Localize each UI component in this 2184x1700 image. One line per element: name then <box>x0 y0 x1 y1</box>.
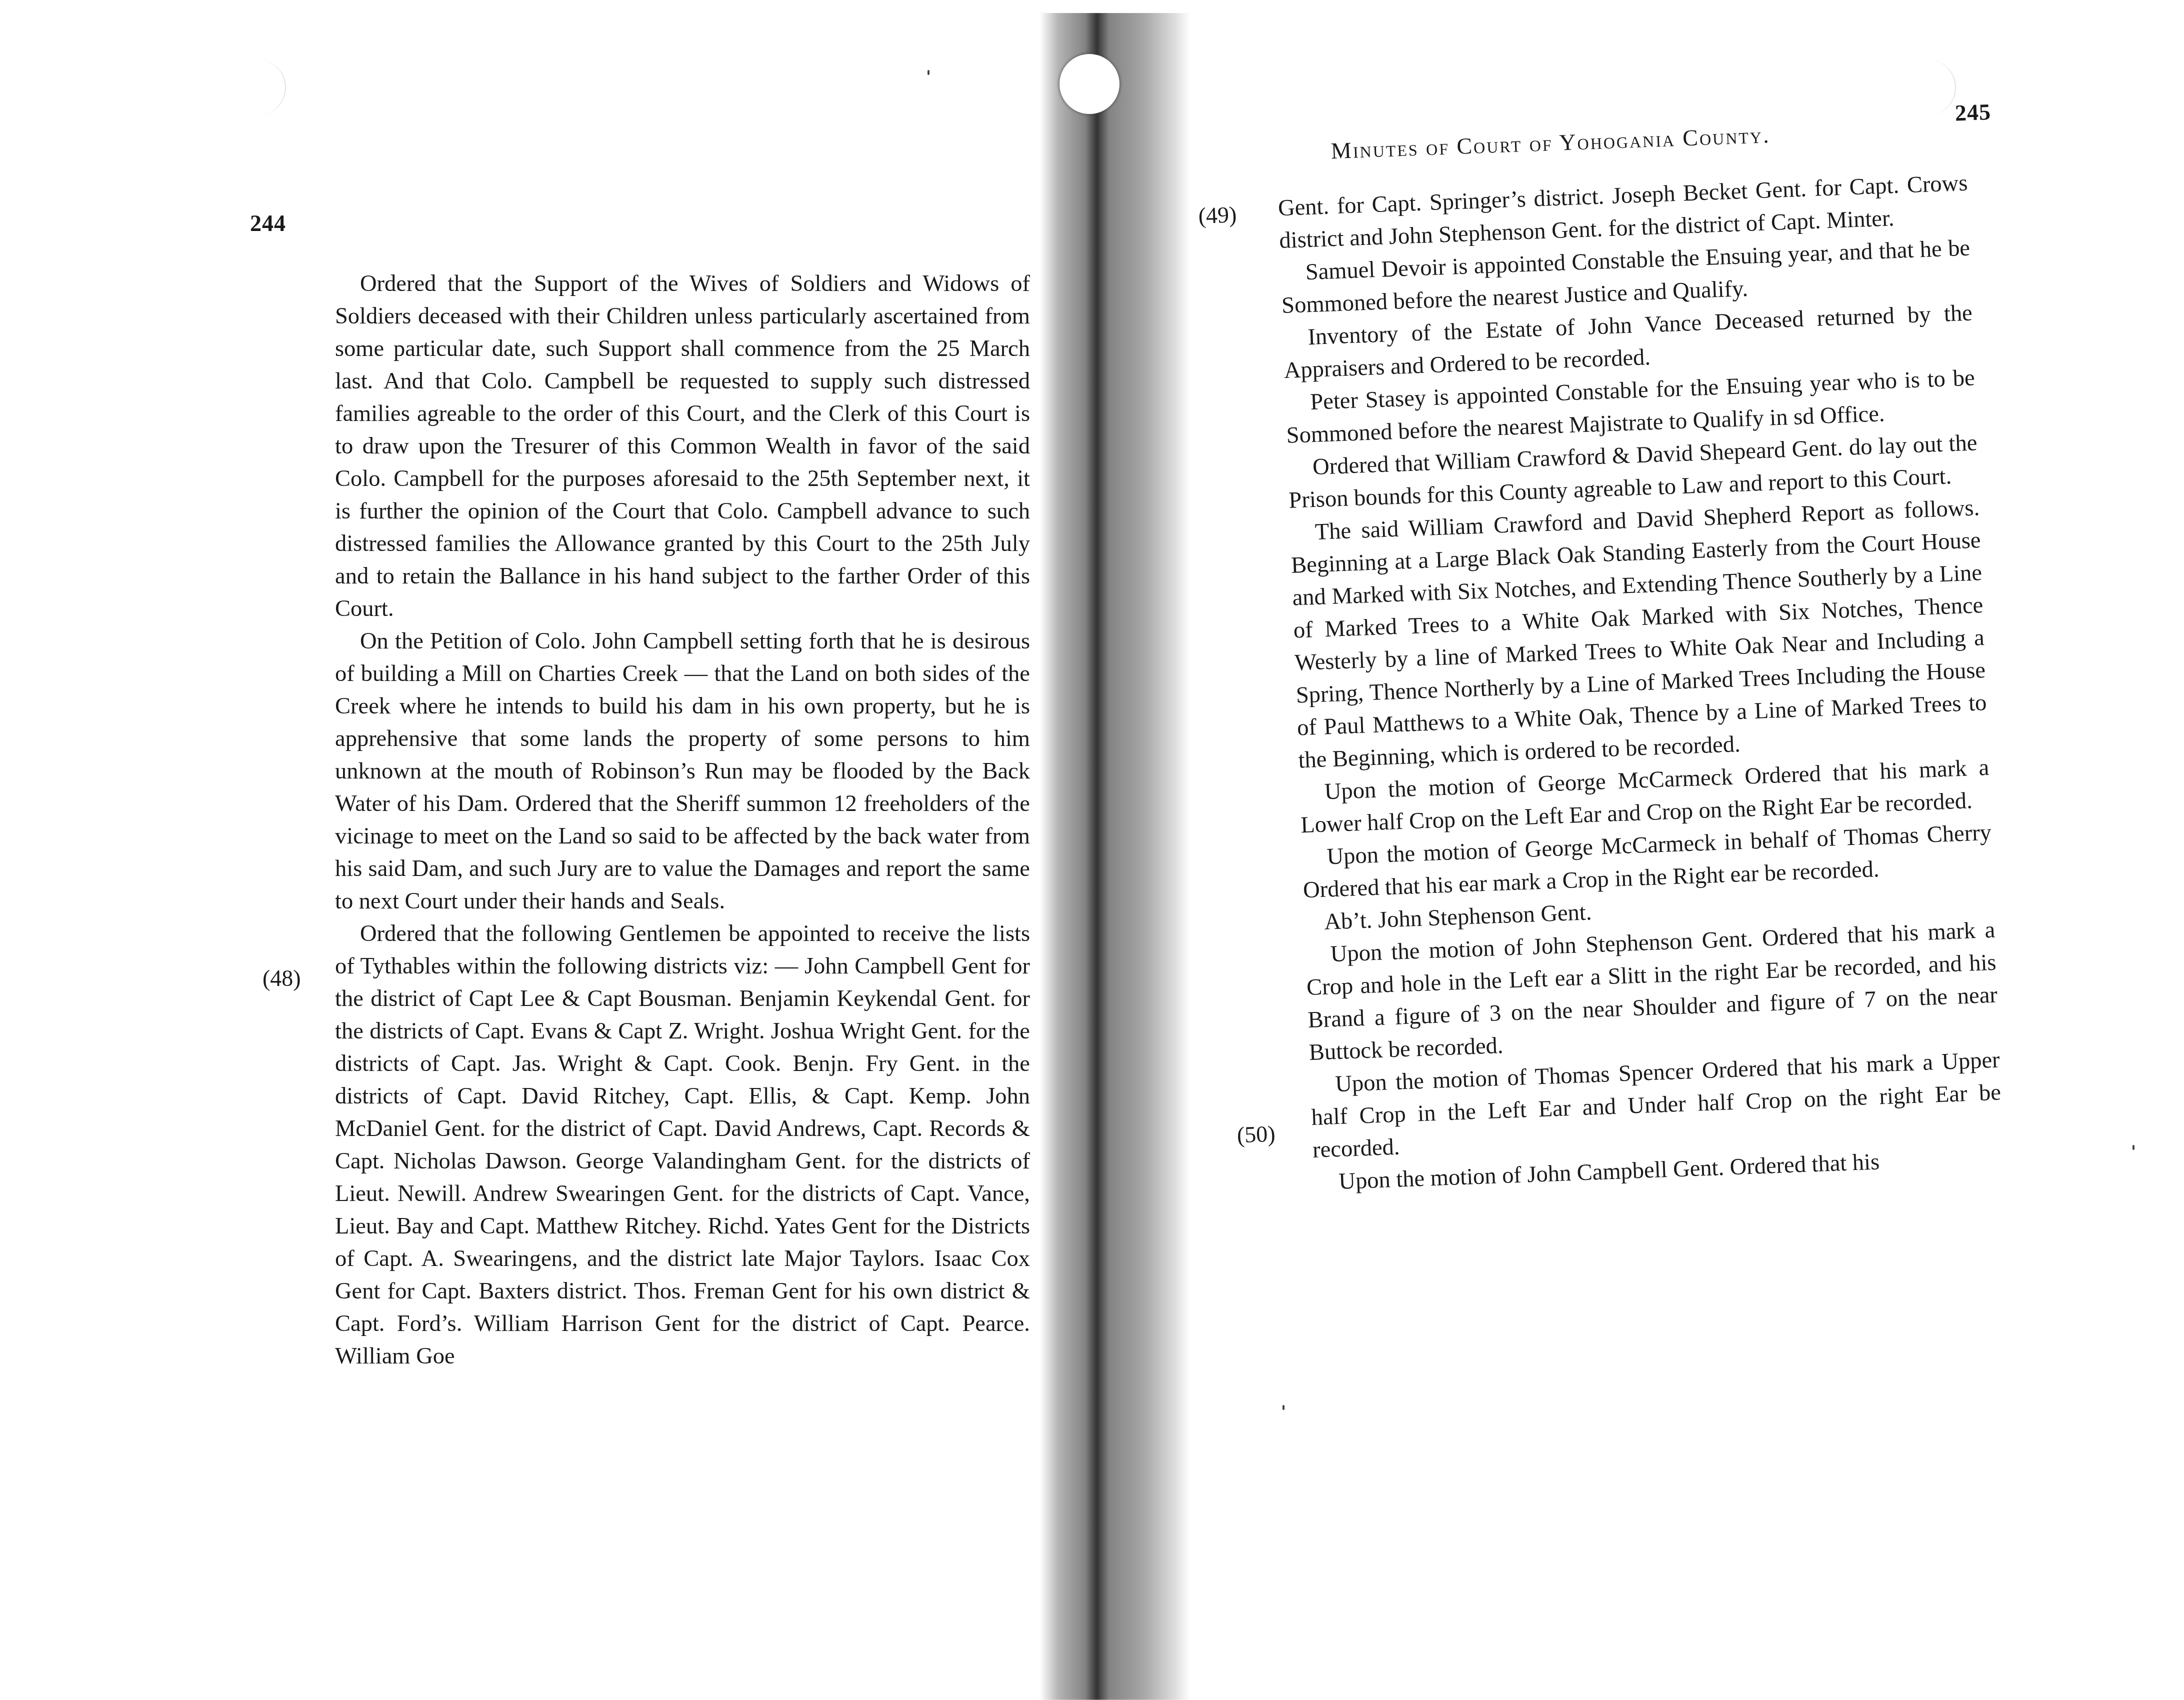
paragraph: Ordered that the Support of the Wives of… <box>335 267 1030 625</box>
margin-note: (48) <box>262 965 301 991</box>
page-number: 244 <box>250 210 286 236</box>
margin-note: (50) <box>1236 1120 1276 1148</box>
punch-hole <box>1059 54 1119 114</box>
page-body: Gent. for Capt. Springer’s district. Jos… <box>1277 167 2004 1199</box>
scan-speck <box>2132 1145 2134 1150</box>
paragraph: On the Petition of Colo. John Campbell s… <box>335 625 1030 917</box>
top-margin <box>1045 0 1185 13</box>
margin-note: (49) <box>1198 201 1237 229</box>
scan-edge-arc-left <box>255 60 286 115</box>
page-number: 245 <box>1954 98 1991 126</box>
binding-gutter-shadow <box>1040 12 1190 1700</box>
paragraph: Ordered that the following Gentlemen be … <box>335 917 1030 1372</box>
scan-speck <box>927 70 929 75</box>
running-head: Minutes of Court of Yohogania County. <box>1330 121 1770 164</box>
paragraph: The said William Crawford and David Shep… <box>1289 491 1988 776</box>
paragraph: Upon the motion of John Stephenson Gent.… <box>1305 914 1999 1069</box>
scan-speck <box>1282 1405 1284 1410</box>
scan-edge-arc-right <box>1925 60 1956 115</box>
page-body: Ordered that the Support of the Wives of… <box>335 267 1030 1372</box>
